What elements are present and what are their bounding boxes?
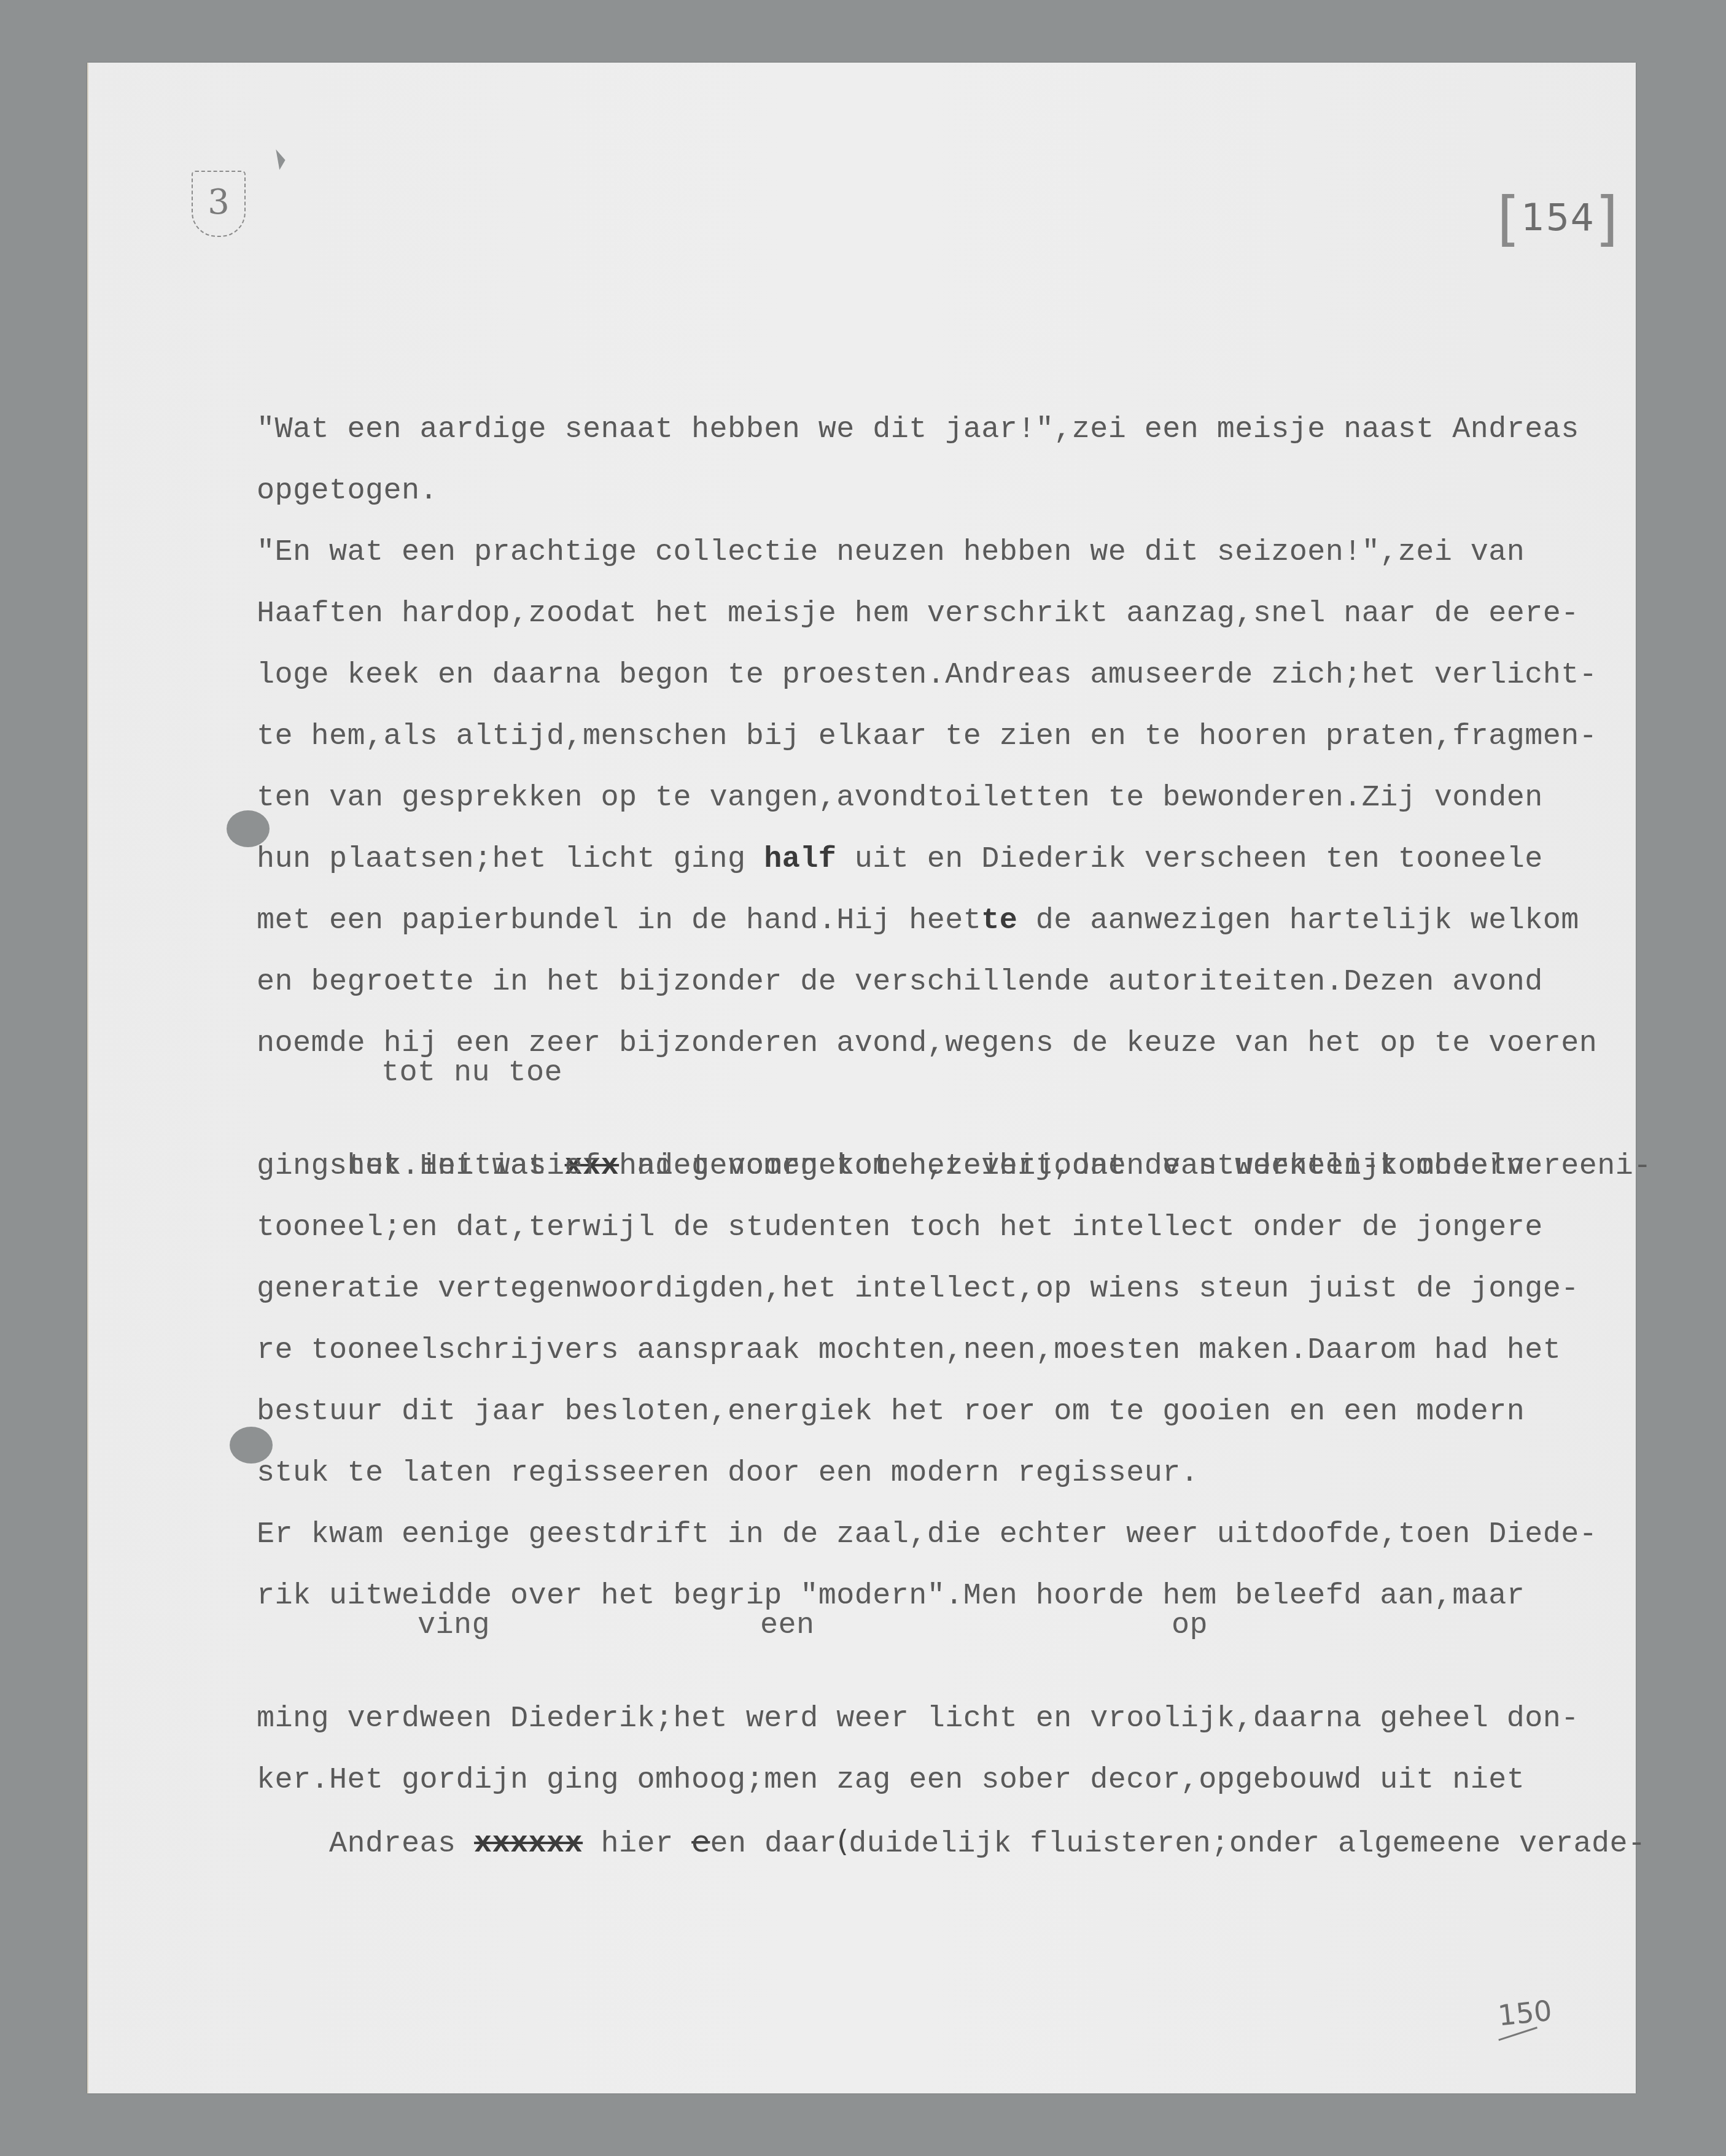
bracket-open-icon: [ [1497, 184, 1521, 253]
text-segment: Andreas [329, 1827, 474, 1861]
pen-struck-letter: e [691, 1824, 710, 1859]
archive-number-value: 154 [1521, 196, 1595, 239]
text-line: "En wat een prachtige collectie neuzen h… [257, 522, 1644, 583]
text-line: Haaften hardop,zoodat het meisje hem ver… [257, 583, 1644, 645]
text-line: ming verdween Diederik;het werd weer lic… [257, 1688, 1644, 1750]
stamp-glyph: 3 [208, 182, 230, 222]
interlinear-insertion: ving [418, 1595, 490, 1656]
text-line: en begroette in het bijzonder de verschi… [257, 952, 1644, 1013]
text-segment: duidelijk fluisteren [849, 1827, 1211, 1861]
archive-number: [154] [1497, 184, 1619, 253]
text-line: opgetogen. [257, 460, 1644, 522]
text-line: ving een opAndreas xxxxxx hier een daar(… [257, 1627, 1644, 1688]
text-line: loge keek en daarna begon te proesten.An… [257, 645, 1644, 706]
text-line: "Wat een aardige senaat hebben we dit ja… [257, 399, 1644, 460]
pen-insertion-mark-icon: ( [837, 1824, 849, 1859]
bracket-close-icon: ] [1595, 184, 1619, 253]
text-line: ten van gesprekken op te vangen,avondtoi… [257, 767, 1644, 829]
text-line: tooneel;en dat,terwijl de studenten toch… [257, 1197, 1644, 1258]
tear-notch [276, 145, 300, 169]
interlinear-insertion: tot nu toe [381, 1042, 562, 1104]
text-segment: ;onder algemeene verade- [1211, 1827, 1646, 1861]
text-line: te hem,als altijd,menschen bij elkaar te… [257, 706, 1644, 767]
text-line: tot nu toestuk.Het was xxx niet voorgeko… [257, 1074, 1644, 1136]
archive-stamp-icon: 3 [192, 171, 246, 237]
text-segment: de aanwezigen hartelijk welkom [1017, 904, 1579, 937]
text-segment: met een papierbundel in de hand.Hij heet [257, 904, 981, 937]
text-line: Er kwam eenige geestdrift in de zaal,die… [257, 1504, 1644, 1565]
struck-text: xxxxxx [474, 1827, 583, 1861]
overtyped-correction: te [981, 904, 1017, 937]
text-segment: uit en Diederik verscheen ten tooneele [836, 842, 1543, 876]
text-line: ging het initiatief had genomen tot het … [257, 1136, 1644, 1197]
text-line: met een papierbundel in de hand.Hij heet… [257, 890, 1644, 952]
text-line: stuk te laten regisseeren door een moder… [257, 1443, 1644, 1504]
interlinear-insertion: een [760, 1595, 815, 1656]
text-line: ker.Het gordijn ging omhoog;men zag een … [257, 1750, 1644, 1811]
text-line: generatie vertegenwoordigden,het intelle… [257, 1258, 1644, 1320]
text-line: re tooneelschrijvers aanspraak mochten,n… [257, 1320, 1644, 1381]
text-segment: en daar [710, 1827, 837, 1861]
text-segment: hun plaatsen;het licht ging [257, 842, 764, 876]
text-segment: hier [583, 1827, 691, 1861]
handwritten-page-number: 150 [1496, 1994, 1554, 2037]
overtyped-correction: half [764, 842, 836, 876]
typescript-body: "Wat een aardige senaat hebben we dit ja… [257, 399, 1644, 1811]
text-line: bestuur dit jaar besloten,energiek het r… [257, 1381, 1644, 1443]
interlinear-insertion: op [1172, 1595, 1208, 1656]
text-line: hun plaatsen;het licht ging half uit en … [257, 829, 1644, 890]
